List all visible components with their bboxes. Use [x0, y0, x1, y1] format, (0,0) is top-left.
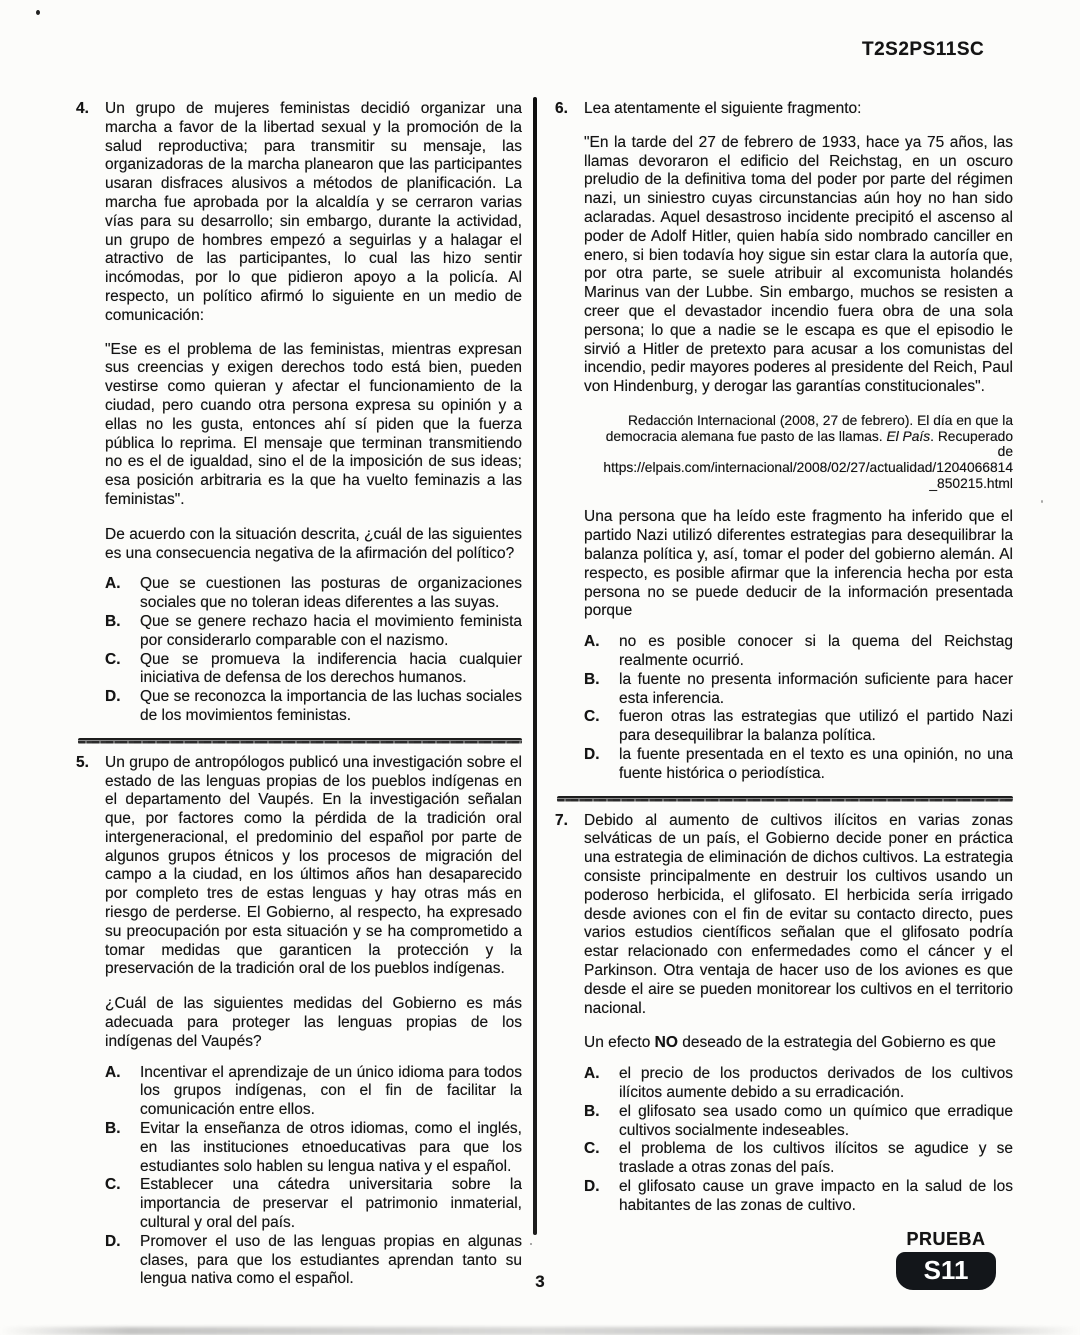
option-letter: D. [105, 1233, 121, 1252]
option-5C: C. Establecer una cátedra universitaria … [105, 1176, 522, 1232]
option-4D: D. Que se reconozca la importancia de la… [105, 688, 522, 726]
option-text: el glifosato sea usado como un químico q… [619, 1103, 1013, 1139]
left-column: 4. Un grupo de mujeres feministas decidi… [78, 100, 522, 1289]
prueba-box: PRUEBA S11 [886, 1229, 1006, 1290]
question-4-number: 4. [76, 100, 89, 119]
question-separator [78, 738, 522, 744]
option-letter: C. [105, 651, 121, 670]
question-4-options: A. Que se cuestionen las posturas de org… [105, 575, 522, 725]
question-4-quote: "Ese es el problema de las feministas, m… [105, 341, 522, 510]
question-6-number: 6. [555, 100, 568, 119]
option-letter: A. [584, 1065, 600, 1084]
option-text: el glifosato cause un grave impacto en l… [619, 1178, 1013, 1214]
option-letter: C. [105, 1176, 121, 1195]
scan-bottom-shadow [0, 1327, 1080, 1335]
form-code: T2S2PS11SC [862, 39, 1062, 61]
option-letter: C. [584, 1140, 600, 1159]
option-letter: D. [584, 1178, 600, 1197]
option-text: no es posible conocer si la quema del Re… [619, 633, 1013, 669]
page-number: 3 [500, 1272, 580, 1292]
question-7-options: A. el precio de los productos derivados … [584, 1065, 1013, 1215]
question-5-stem: ¿Cuál de las siguientes medidas del Gobi… [105, 995, 522, 1051]
option-letter: B. [105, 613, 121, 632]
citation-source-italic: El País [886, 429, 930, 444]
option-6B: B. la fuente no presenta información suf… [584, 671, 1013, 709]
option-letter: D. [584, 746, 600, 765]
option-letter: A. [584, 633, 600, 652]
option-4C: C. Que se promueva la indiferencia hacia… [105, 651, 522, 689]
option-5A: A. Incentivar el aprendizaje de un único… [105, 1064, 522, 1120]
option-letter: B. [584, 1103, 600, 1122]
option-7D: D. el glifosato cause un grave impacto e… [584, 1178, 1013, 1216]
question-6-citation: Redacción Internacional (2008, 27 de feb… [584, 413, 1013, 492]
option-5D: D. Promover el uso de las lenguas propia… [105, 1233, 522, 1289]
option-letter: B. [584, 671, 600, 690]
question-5-options: A. Incentivar el aprendizaje de un único… [105, 1064, 522, 1290]
option-text: Promover el uso de las lenguas propias e… [140, 1233, 522, 1288]
right-column: 6. Lea atentamente el siguiente fragment… [557, 100, 1013, 1216]
question-5-number: 5. [76, 754, 89, 773]
question-6-quote: "En la tarde del 27 de febrero de 1933, … [584, 134, 1013, 397]
option-4B: B. Que se genere rechazo hacia el movimi… [105, 613, 522, 651]
prueba-s11-badge: S11 [896, 1252, 996, 1290]
question-7-number: 7. [555, 812, 568, 831]
option-text: Que se cuestionen las posturas de organi… [140, 575, 522, 611]
citation-line: democracia alemana fue pasto de las llam… [584, 429, 1013, 445]
option-text: fueron otras las estrategias que utilizó… [619, 708, 1013, 744]
option-7A: A. el precio de los productos derivados … [584, 1065, 1013, 1103]
citation-line: de [584, 444, 1013, 460]
column-divider-line [533, 97, 537, 1235]
citation-url: https://elpais.com/internacional/2008/02… [584, 460, 1013, 476]
option-6D: D. la fuente presentada en el texto es u… [584, 746, 1013, 784]
option-text: la fuente presentada en el texto es una … [619, 746, 1013, 782]
prueba-label: PRUEBA [886, 1229, 1006, 1250]
citation-line: Redacción Internacional (2008, 27 de feb… [584, 413, 1013, 429]
option-text: Establecer una cátedra universitaria sob… [140, 1176, 522, 1231]
option-letter: B. [105, 1120, 121, 1139]
option-6A: A. no es posible conocer si la quema del… [584, 633, 1013, 671]
option-6C: C. fueron otras las estrategias que util… [584, 708, 1013, 746]
option-text: el precio de los productos derivados de … [619, 1065, 1013, 1101]
question-separator [557, 796, 1013, 802]
exam-page: T2S2PS11SC 4. Un grupo de mujeres femini… [0, 0, 1080, 1335]
option-text: Incentivar el aprendizaje de un único id… [140, 1064, 522, 1119]
question-7-intro: Debido al aumento de cultivos ilícitos e… [584, 812, 1013, 1019]
question-6-options: A. no es posible conocer si la quema del… [584, 633, 1013, 783]
question-4: 4. Un grupo de mujeres feministas decidi… [78, 100, 522, 726]
option-letter: A. [105, 575, 121, 594]
option-7C: C. el problema de los cultivos ilícitos … [584, 1140, 1013, 1178]
option-letter: D. [105, 688, 121, 707]
question-6: 6. Lea atentamente el siguiente fragment… [557, 100, 1013, 784]
scan-speckle [1041, 500, 1043, 503]
option-5B: B. Evitar la enseñanza de otros idiomas,… [105, 1120, 522, 1176]
question-7: 7. Debido al aumento de cultivos ilícito… [557, 812, 1013, 1216]
citation-url-continuation: _850215.html [584, 476, 1013, 492]
question-4-stem: De acuerdo con la situación descrita, ¿c… [105, 526, 522, 564]
option-text: Que se reconozca la importancia de las l… [140, 688, 522, 724]
option-letter: C. [584, 708, 600, 727]
option-text: la fuente no presenta información sufici… [619, 671, 1013, 707]
question-5-intro: Un grupo de antropólogos publicó una inv… [105, 754, 522, 980]
question-7-stem: Un efecto NO deseado de la estrategia de… [584, 1034, 1013, 1053]
option-text: Que se genere rechazo hacia el movimient… [140, 613, 522, 649]
question-6-body: Una persona que ha leído este fragmento … [584, 508, 1013, 621]
option-letter: A. [105, 1064, 121, 1083]
scan-speckle [530, 1243, 532, 1245]
option-4A: A. Que se cuestionen las posturas de org… [105, 575, 522, 613]
question-5: 5. Un grupo de antropólogos publicó una … [78, 754, 522, 1290]
option-text: Que se promueva la indiferencia hacia cu… [140, 651, 522, 687]
scan-speckle [36, 10, 40, 15]
option-7B: B. el glifosato sea usado como un químic… [584, 1103, 1013, 1141]
question-4-intro: Un grupo de mujeres feministas decidió o… [105, 100, 522, 326]
option-text: el problema de los cultivos ilícitos se … [619, 1140, 1013, 1176]
question-6-intro: Lea atentamente el siguiente fragmento: [584, 100, 1013, 119]
option-text: Evitar la enseñanza de otros idiomas, co… [140, 1120, 522, 1175]
stem-emphasis: NO [655, 1034, 678, 1051]
